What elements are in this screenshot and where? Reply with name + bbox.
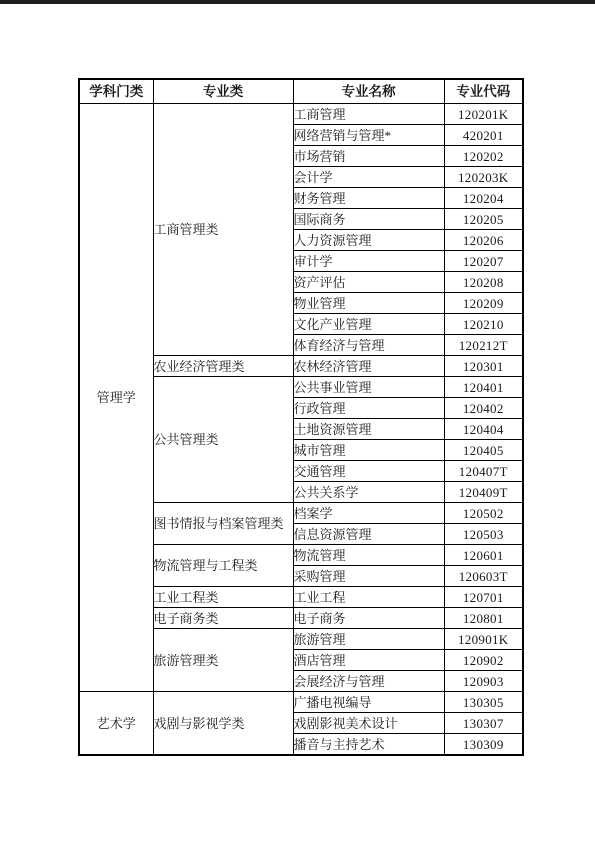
major-name-cell: 会展经济与管理 xyxy=(293,671,444,692)
major-name-cell: 物业管理 xyxy=(293,293,444,314)
major-code-cell: 120502 xyxy=(444,503,523,524)
column-header-discipline: 学科门类 xyxy=(79,79,153,104)
major-code-cell: 120202 xyxy=(444,146,523,167)
category-cell: 农业经济管理类 xyxy=(153,356,293,377)
scan-artifact-top-edge xyxy=(0,0,595,4)
major-name-cell: 体育经济与管理 xyxy=(293,335,444,356)
major-name-cell: 电子商务 xyxy=(293,608,444,629)
discipline-cell: 管理学 xyxy=(79,104,153,692)
column-header-category: 专业类 xyxy=(153,79,293,104)
major-name-cell: 国际商务 xyxy=(293,209,444,230)
major-code-cell: 120204 xyxy=(444,188,523,209)
document-page: { "artifact": { "top_edge": "scan-black-… xyxy=(0,0,595,841)
major-code-cell: 120301 xyxy=(444,356,523,377)
major-name-cell: 文化产业管理 xyxy=(293,314,444,335)
major-name-cell: 采购管理 xyxy=(293,566,444,587)
major-name-cell: 广播电视编导 xyxy=(293,692,444,713)
major-name-cell: 农林经济管理 xyxy=(293,356,444,377)
table-row: 管理学工商管理类工商管理120201K xyxy=(79,104,523,125)
major-code-cell: 120207 xyxy=(444,251,523,272)
major-name-cell: 旅游管理 xyxy=(293,629,444,650)
category-cell: 公共管理类 xyxy=(153,377,293,503)
column-header-major-name: 专业名称 xyxy=(293,79,444,104)
table-header-row: 学科门类 专业类 专业名称 专业代码 xyxy=(79,79,523,104)
table-row: 艺术学戏剧与影视学类广播电视编导130305 xyxy=(79,692,523,713)
major-name-cell: 交通管理 xyxy=(293,461,444,482)
category-cell: 戏剧与影视学类 xyxy=(153,692,293,756)
major-code-cell: 130307 xyxy=(444,713,523,734)
major-code-cell: 120402 xyxy=(444,398,523,419)
major-name-cell: 公共关系学 xyxy=(293,482,444,503)
major-code-cell: 120210 xyxy=(444,314,523,335)
major-name-cell: 城市管理 xyxy=(293,440,444,461)
major-name-cell: 土地资源管理 xyxy=(293,419,444,440)
major-code-cell: 120503 xyxy=(444,524,523,545)
major-code-cell: 120409T xyxy=(444,482,523,503)
category-cell: 电子商务类 xyxy=(153,608,293,629)
major-code-cell: 420201 xyxy=(444,125,523,146)
category-cell: 图书情报与档案管理类 xyxy=(153,503,293,545)
major-code-cell: 120201K xyxy=(444,104,523,125)
major-name-cell: 信息资源管理 xyxy=(293,524,444,545)
major-name-cell: 市场营销 xyxy=(293,146,444,167)
column-header-major-code: 专业代码 xyxy=(444,79,523,104)
major-code-cell: 120209 xyxy=(444,293,523,314)
category-cell: 物流管理与工程类 xyxy=(153,545,293,587)
major-name-cell: 戏剧影视美术设计 xyxy=(293,713,444,734)
category-cell: 工商管理类 xyxy=(153,104,293,356)
major-name-cell: 物流管理 xyxy=(293,545,444,566)
major-code-cell: 120203K xyxy=(444,167,523,188)
major-name-cell: 行政管理 xyxy=(293,398,444,419)
major-name-cell: 网络营销与管理* xyxy=(293,125,444,146)
majors-table: 学科门类 专业类 专业名称 专业代码 管理学工商管理类工商管理120201K网络… xyxy=(78,78,524,756)
major-code-cell: 130305 xyxy=(444,692,523,713)
major-code-cell: 130309 xyxy=(444,734,523,756)
major-name-cell: 档案学 xyxy=(293,503,444,524)
major-code-cell: 120601 xyxy=(444,545,523,566)
major-code-cell: 120801 xyxy=(444,608,523,629)
major-code-cell: 120205 xyxy=(444,209,523,230)
major-code-cell: 120603T xyxy=(444,566,523,587)
major-name-cell: 财务管理 xyxy=(293,188,444,209)
major-code-cell: 120701 xyxy=(444,587,523,608)
majors-table-container: 学科门类 专业类 专业名称 专业代码 管理学工商管理类工商管理120201K网络… xyxy=(78,78,524,756)
major-name-cell: 审计学 xyxy=(293,251,444,272)
major-code-cell: 120401 xyxy=(444,377,523,398)
discipline-cell: 艺术学 xyxy=(79,692,153,756)
major-name-cell: 工业工程 xyxy=(293,587,444,608)
major-name-cell: 会计学 xyxy=(293,167,444,188)
major-code-cell: 120404 xyxy=(444,419,523,440)
major-code-cell: 120901K xyxy=(444,629,523,650)
majors-table-body: 管理学工商管理类工商管理120201K网络营销与管理*420201市场营销120… xyxy=(79,104,523,756)
major-name-cell: 资产评估 xyxy=(293,272,444,293)
major-name-cell: 公共事业管理 xyxy=(293,377,444,398)
major-name-cell: 播音与主持艺术 xyxy=(293,734,444,756)
major-name-cell: 人力资源管理 xyxy=(293,230,444,251)
major-code-cell: 120407T xyxy=(444,461,523,482)
major-name-cell: 酒店管理 xyxy=(293,650,444,671)
major-code-cell: 120206 xyxy=(444,230,523,251)
major-name-cell: 工商管理 xyxy=(293,104,444,125)
major-code-cell: 120902 xyxy=(444,650,523,671)
category-cell: 旅游管理类 xyxy=(153,629,293,692)
major-code-cell: 120212T xyxy=(444,335,523,356)
major-code-cell: 120903 xyxy=(444,671,523,692)
major-code-cell: 120405 xyxy=(444,440,523,461)
major-code-cell: 120208 xyxy=(444,272,523,293)
category-cell: 工业工程类 xyxy=(153,587,293,608)
